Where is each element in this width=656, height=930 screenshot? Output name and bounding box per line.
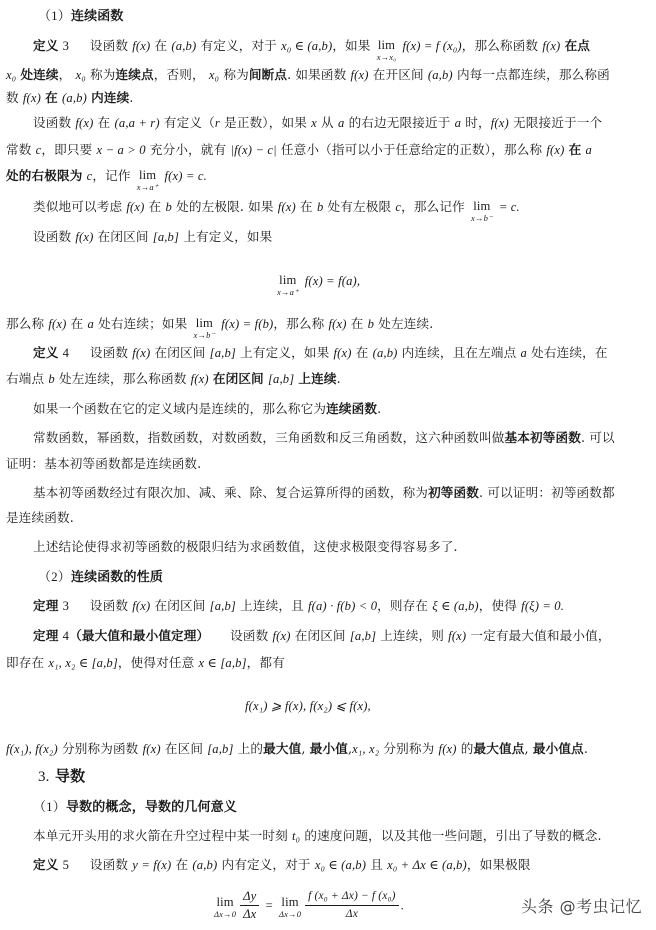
document-page: （1）连续函数 定义 3 设函数 f(x) 在 (a,b) 有定义，对于 x₀ … [0, 0, 656, 930]
text: . 可以 [581, 430, 615, 445]
math: [a,b] [268, 372, 294, 386]
math: x₀ [209, 68, 219, 82]
math: [a,b] [350, 629, 376, 643]
bold-term: 最小值 [310, 741, 348, 756]
text: 常数函数，幂函数，指数函数，对数函数，三角函数和反三角函数，这六种函数叫做 [33, 430, 505, 445]
bold-term: 最大值点 [474, 741, 525, 756]
text: 数 [6, 90, 19, 105]
section-number: 3. [38, 769, 50, 785]
definition-number: 5 [63, 858, 69, 872]
text: 那么称 [6, 316, 44, 331]
section-heading-derivative-concept: （1）导数的概念，导数的几何意义 [33, 798, 237, 817]
text: 在 [155, 38, 168, 53]
text: 有定义，对于 [200, 38, 276, 53]
bold-term: 内连续 [91, 90, 129, 105]
math: b [368, 317, 374, 331]
text: . [401, 899, 404, 913]
theorem-4-line-2: 即存在 x₁, x₂ ∈ [a,b]，使得对任意 x ∈ [a,b]，都有 [6, 654, 285, 672]
math: f(x) = f(b) [221, 317, 273, 331]
text: 在开区间 [373, 67, 424, 82]
math: (a,a + r) [115, 116, 160, 130]
text: ，即只要 [41, 142, 92, 157]
text: 处有左极限 [328, 199, 392, 214]
limit-operator: limx→b⁻ [194, 315, 216, 339]
definition-label: 定义 [33, 38, 59, 53]
math: (a,b) [62, 91, 87, 105]
theorem-3: 定理 3 设函数 f(x) 在闭区间 [a,b] 上连续，且 f(a) · f(… [33, 597, 564, 615]
math: f(x) [491, 116, 509, 130]
text: 右端点 [6, 371, 44, 386]
bold-term: 间断点 [249, 67, 287, 82]
math: f(x) [542, 39, 560, 53]
math: b [166, 200, 172, 214]
text: 上有定义，如果 [183, 229, 272, 244]
display-equation-derivative: limΔx→0ΔyΔx = limΔx→0f (x₀ + Δx) − f (x₀… [212, 888, 404, 923]
text: ，那么称函数 [462, 38, 538, 53]
math: [a,b] [210, 599, 236, 613]
limit-operator: limx→a⁺ [137, 167, 159, 191]
text: 充分小，就有 [150, 142, 226, 157]
text: 有定义（ [164, 115, 215, 130]
text: ，那么称 [273, 316, 324, 331]
math: x − a > 0 [97, 143, 146, 157]
math: [a,b] [207, 742, 233, 756]
math: f(x) = f (x₀) [402, 39, 461, 53]
bold-term: 处的右极限为 [6, 168, 82, 183]
math: (a,b) [192, 858, 217, 872]
right-limit-line-2: 常数 c，即只要 x − a > 0 充分小，就有 |f(x) − c| 任意小… [6, 141, 592, 159]
math: f(x) [23, 91, 41, 105]
text: . [129, 90, 133, 105]
text: 在闭区间 [295, 628, 346, 643]
math: [a,b] [210, 346, 236, 360]
math: a [455, 116, 461, 130]
math: a [586, 143, 592, 157]
text: 设函数 [90, 345, 128, 360]
text: ， [59, 67, 72, 82]
text: 上连续，则 [380, 628, 444, 643]
math: ξ ∈ (a,b) [432, 599, 479, 613]
definition-4-line-1: 定义 4 设函数 f(x) 在闭区间 [a,b] 上有定义，如果 f(x) 在 … [33, 344, 608, 362]
text: 称为 [90, 67, 116, 82]
text: 在闭区间 [98, 229, 149, 244]
conclusion-paragraph: 上述结论使得求初等函数的极限归结为求函数值，这使求极限变得容易多了. [33, 538, 458, 556]
right-limit-line-1: 设函数 f(x) 在 (a,a + r) 有定义（r 是正数），如果 x 从 a… [33, 114, 602, 132]
section-title: 连续函数的性质 [71, 570, 163, 585]
section-heading-continuous-functions: （1）连续函数 [38, 7, 124, 26]
bold-term: 初等函数 [428, 485, 479, 500]
text: 分别称为函数 [62, 741, 138, 756]
text: 是连续函数. [6, 510, 74, 525]
continuous-function-paragraph: 如果一个函数在它的定义域内是连续的，那么称它为连续函数. [33, 400, 381, 418]
theorem-title: （最大值和最小值定理） [69, 628, 209, 643]
text: 在区间 [165, 741, 203, 756]
elementary-line-1: 基本初等函数经过有限次加、减、乘、除、复合运算所得的函数，称为初等函数. 可以证… [33, 484, 615, 502]
text: 的 [461, 741, 474, 756]
text: . [584, 741, 588, 756]
section-number: （1） [33, 799, 66, 814]
section-title: 导数的概念，导数的几何意义 [66, 800, 237, 815]
math: (a,b) [171, 39, 196, 53]
text: 在闭区间 [155, 598, 206, 613]
text: 上连续，且 [240, 598, 304, 613]
bold-term: 在点 [565, 38, 591, 53]
math: |f(x) − c| [230, 143, 276, 157]
math: f(x) [132, 599, 150, 613]
bold-term: 连续函数 [326, 401, 377, 416]
text: 在 [71, 316, 84, 331]
math: f(x) [272, 629, 290, 643]
math: a [338, 116, 344, 130]
text: 一定有最大值和最小值， [470, 628, 610, 643]
text: ，那么记作 [401, 199, 465, 214]
text: 上的 [238, 741, 264, 756]
math: x₀ ∈ (a,b) [315, 858, 366, 872]
text: 在 [176, 857, 189, 872]
limit-operator: limx→b⁻ [471, 198, 493, 222]
text: ，记作 [92, 168, 130, 183]
text: 设函数 [33, 115, 71, 130]
math: a [521, 346, 527, 360]
text: 在 [351, 316, 364, 331]
limit-operator: limx→a⁺ [277, 272, 299, 296]
text: 处右连续；如果 [98, 316, 187, 331]
math: x [311, 116, 317, 130]
math: f(x) [351, 68, 369, 82]
text: ，如果极限 [467, 857, 531, 872]
text: 设函数 [90, 598, 128, 613]
math: x₀ [6, 68, 16, 82]
math: (a,b) [428, 68, 453, 82]
definition-4-line-2: 右端点 b 处左连续，那么称函数 f(x) 在闭区间 [a,b] 上连续. [6, 370, 341, 388]
text: 处左连续. [378, 316, 433, 331]
text: 如果一个函数在它的定义域内是连续的，那么称它为 [33, 401, 326, 416]
text: 设函数 [33, 229, 71, 244]
text: , [301, 741, 309, 756]
math: f(x) [439, 742, 457, 756]
text: 内有定义，对于 [221, 857, 310, 872]
definition-number: 4 [63, 346, 69, 360]
text: 称为 [223, 67, 249, 82]
math: (a,b) [373, 346, 398, 360]
math: f(x) [191, 372, 209, 386]
fraction-dy-dx: ΔyΔx [240, 888, 259, 923]
text: . [337, 371, 341, 386]
equals-sign: = [266, 899, 273, 913]
math: b [317, 200, 323, 214]
math: x₁, x₂ ∈ [a,b] [48, 656, 118, 670]
section-number: （2） [38, 569, 71, 584]
math: t₀ [292, 829, 300, 843]
text: 在 [300, 199, 313, 214]
bold-term: 基本初等函数 [505, 430, 581, 445]
text: 设函数 [90, 38, 128, 53]
math: f(a) · f(b) < 0 [308, 599, 377, 613]
text: ，则存在 [377, 598, 428, 613]
math: f(x) = f(a), [305, 274, 360, 288]
text: ，否则， [154, 67, 205, 82]
math: f(x) [333, 346, 351, 360]
text: 且 [370, 857, 383, 872]
text: 内每一点都连续，那么称函 [457, 67, 610, 82]
math: b [48, 372, 54, 386]
math: f(x) [329, 317, 347, 331]
definition-5-line-1: 定义 5 设函数 y = f(x) 在 (a,b) 内有定义，对于 x₀ ∈ (… [33, 856, 531, 874]
text: . 如果函数 [287, 67, 346, 82]
derivative-intro-paragraph: 本单元开头用的求火箭在升空过程中某一时刻 t₀ 的速度问题，以及其他一些问题，引… [33, 827, 602, 845]
text: 内连续，且在左端点 [402, 345, 517, 360]
theorem-4-line-3: f(x₁), f(x₂) 分别称为函数 f(x) 在区间 [a,b] 上的最大值… [6, 740, 588, 758]
math: f(x) [448, 629, 466, 643]
text: 上述结论使得求初等函数的极限归结为求函数值，这使求极限变得容易多了. [33, 539, 458, 554]
theorem-label: 定理 [33, 628, 59, 643]
section-number: （1） [38, 8, 71, 23]
definition-3-line-3: 数 f(x) 在 (a,b) 内连续. [6, 89, 133, 107]
text: , [525, 741, 533, 756]
math: x₀ ∈ (a,b) [281, 39, 332, 53]
definition-3-line-1: 定义 3 设函数 f(x) 在 (a,b) 有定义，对于 x₀ ∈ (a,b)，… [33, 37, 590, 61]
math: f(x) [48, 317, 66, 331]
math: = c. [499, 200, 520, 214]
math: f(x) [75, 230, 93, 244]
definition-label: 定义 [33, 857, 59, 872]
math: f(x) [278, 200, 296, 214]
limit-operator: limΔx→0 [214, 894, 236, 918]
math: a [88, 317, 94, 331]
section-title: 连续函数 [71, 9, 124, 24]
text: 分别称为 [383, 741, 434, 756]
math: x₁, x₂ [352, 742, 379, 756]
bold-term: 处连续 [20, 67, 58, 82]
basic-elementary-line-2: 证明：基本初等函数都是连续函数. [6, 455, 201, 473]
text: . 可以证明：初等函数都 [479, 485, 615, 500]
math: y = f(x) [132, 858, 171, 872]
text: 从 [321, 115, 334, 130]
text: 在 [149, 199, 162, 214]
closed-interval-line-1: 设函数 f(x) 在闭区间 [a,b] 上有定义，如果 [33, 228, 272, 246]
text: 处左连续，那么称函数 [59, 371, 186, 386]
text: 在闭区间 [155, 345, 206, 360]
theorem-label: 定理 [33, 598, 59, 613]
text: 的右边无限接近于 [349, 115, 451, 130]
text: ，使得 [479, 598, 517, 613]
text: 无限接近于一个 [513, 115, 602, 130]
text: 基本初等函数经过有限次加、减、乘、除、复合运算所得的函数，称为 [33, 485, 428, 500]
math: x ∈ [a,b] [199, 656, 247, 670]
bold-term: 在 [569, 142, 582, 157]
text: 在 [98, 115, 111, 130]
text: 证明：基本初等函数都是连续函数. [6, 456, 201, 471]
text: 类似地可以考虑 [33, 199, 122, 214]
math: f(ξ) = 0. [521, 599, 564, 613]
closed-interval-line-2: 那么称 f(x) 在 a 处右连续；如果 limx→b⁻ f(x) = f(b)… [6, 315, 433, 339]
math: f(x) [132, 346, 150, 360]
definition-number: 3 [63, 39, 69, 53]
definition-label: 定义 [33, 345, 59, 360]
definition-3-line-2: x₀ 处连续， x₀ 称为连续点，否则， x₀ 称为间断点. 如果函数 f(x)… [6, 66, 610, 84]
text: 时， [465, 115, 491, 130]
chapter-heading-derivative: 3. 导数 [38, 767, 85, 786]
math: f(x) [132, 39, 150, 53]
math: [a,b] [153, 230, 179, 244]
text: ，如果 [332, 38, 370, 53]
math: f(x) [126, 200, 144, 214]
section-title: 导数 [55, 767, 85, 785]
text: 本单元开头用的求火箭在升空过程中某一时刻 [33, 828, 288, 843]
text: 即存在 [6, 655, 44, 670]
theorem-number: 3 [63, 599, 69, 613]
text: . [377, 401, 381, 416]
theorem-4-line-1: 定理 4（最大值和最小值定理） 设函数 f(x) 在闭区间 [a,b] 上连续，… [33, 627, 611, 645]
math: x₀ + Δx ∈ (a,b) [387, 858, 467, 872]
right-limit-line-3: 处的右极限为 c，记作 limx→a⁺ f(x) = c. [6, 167, 207, 191]
math: f(x₁) ⩾ f(x), f(x₂) ⩽ f(x), [245, 699, 371, 713]
text: 的速度问题，以及其他一些问题，引出了导数的概念. [304, 828, 601, 843]
math: f(x₁), f(x₂) [6, 742, 58, 756]
limit-operator: limx→x₀ [377, 37, 397, 61]
text: 上有定义，如果 [240, 345, 329, 360]
bold-term: 在 [45, 90, 58, 105]
fraction-difference-quotient: f (x₀ + Δx) − f (x₀)Δx [305, 888, 399, 923]
math: f(x) [75, 116, 93, 130]
text: 设函数 [90, 857, 128, 872]
bold-term: 在闭区间 [213, 371, 264, 386]
text: 任意小（指可以小于任意给定的正数），那么称 [281, 142, 542, 157]
bold-term: 连续点 [116, 67, 154, 82]
bold-term: 最小值点 [533, 741, 584, 756]
text: 处右连续，在 [531, 345, 607, 360]
limit-operator: limΔx→0 [279, 894, 301, 918]
section-heading-properties: （2）连续函数的性质 [38, 568, 163, 587]
text: 在 [356, 345, 369, 360]
left-limit-line: 类似地可以考虑 f(x) 在 b 处的左极限. 如果 f(x) 在 b 处有左极… [33, 198, 520, 222]
text: 设函数 [230, 628, 268, 643]
text: 常数 [6, 142, 32, 157]
math: f(x) = c. [165, 169, 207, 183]
text: ，都有 [247, 655, 285, 670]
math: f(x) [546, 143, 564, 157]
text: ，使得对任意 [118, 655, 194, 670]
math: x₀ [76, 68, 86, 82]
math: r [215, 116, 220, 130]
text: 是正数），如果 [224, 115, 307, 130]
display-equation-right-continuity: limx→a⁺ f(x) = f(a), [275, 272, 360, 296]
text: 处的左极限. 如果 [176, 199, 274, 214]
elementary-line-2: 是连续函数. [6, 509, 74, 527]
basic-elementary-line-1: 常数函数，幂函数，指数函数，对数函数，三角函数和反三角函数，这六种函数叫做基本初… [33, 429, 615, 447]
math: f(x) [143, 742, 161, 756]
bold-term: 最大值 [263, 741, 301, 756]
bold-term: 上连续 [298, 371, 336, 386]
watermark: 头条 @考虫记忆 [521, 894, 642, 917]
display-equation-extrema: f(x₁) ⩾ f(x), f(x₂) ⩽ f(x), [245, 697, 371, 715]
